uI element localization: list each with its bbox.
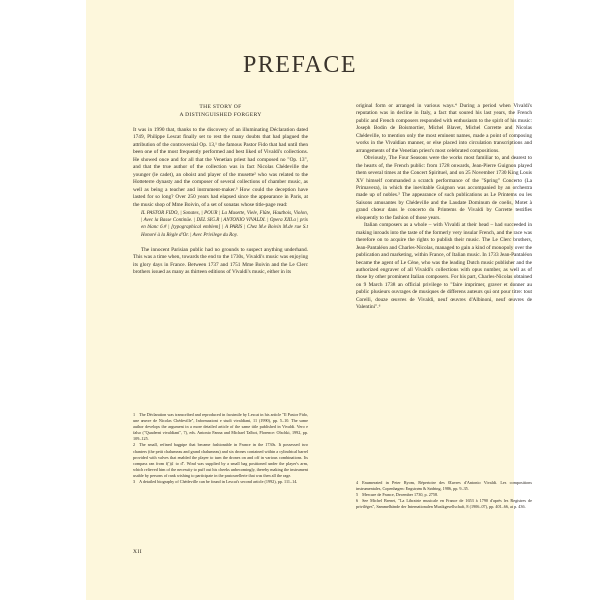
section-heading-line-1: THE STORY OF [133,103,308,111]
footnotes-right: 4Enumerated in Peter Ryom, Répertoire de… [356,480,532,510]
footnote: 2The small, refined bagpipe that became … [133,442,308,479]
paragraph: It was in 1990 that, thanks to the disco… [133,127,308,209]
page-title: PREFACE [86,52,514,79]
section-heading: THE STORY OF A DISTINGUISHED FORGERY [133,103,308,119]
footnote-text: The small, refined bagpipe that became f… [133,442,308,477]
footnote-text: A detailed biography of Chédeville can b… [139,479,297,484]
paragraph: Italian composers as a whole – with Viva… [356,222,532,311]
footnote-number: 5 [356,492,358,497]
right-column: original form or arranged in various way… [356,103,532,312]
page-number: XII [133,549,142,555]
footnote: 4Enumerated in Peter Ryom, Répertoire de… [356,480,532,492]
footnotes-left: 1The Déclaration was transcribed and rep… [133,412,308,485]
footnote-number: 6 [356,498,358,503]
book-page: PREFACE THE STORY OF A DISTINGUISHED FOR… [86,0,514,600]
section-heading-line-2: A DISTINGUISHED FORGERY [133,111,308,119]
left-column: THE STORY OF A DISTINGUISHED FORGERY It … [133,103,308,277]
paragraph: The innocent Parisian public had no grou… [133,247,308,277]
paragraph: original form or arranged in various way… [356,103,532,155]
footnote-text: Mercure de France, December 1730, p. 275… [362,492,438,497]
title-page-quote: IL PASTOR FIDO, | Sonates, | POUR | La M… [141,210,308,239]
footnote-number: 1 [133,412,135,417]
footnote: 1The Déclaration was transcribed and rep… [133,412,308,442]
footnote-text: Enumerated in Peter Ryom, Répertoire des… [356,480,532,491]
paragraph: Obviously, The Four Seasons were the wor… [356,155,532,222]
footnote-number: 4 [356,480,358,485]
footnote-number: 2 [133,442,135,447]
footnote: 6See Michel Brenet, "La Librairie musica… [356,498,532,510]
footnote-number: 3 [133,479,135,484]
footnote: 3A detailed biography of Chédeville can … [133,479,308,485]
footnote-text: See Michel Brenet, "La Librairie musical… [356,498,532,509]
footnote-text: The Déclaration was transcribed and repr… [133,412,308,441]
